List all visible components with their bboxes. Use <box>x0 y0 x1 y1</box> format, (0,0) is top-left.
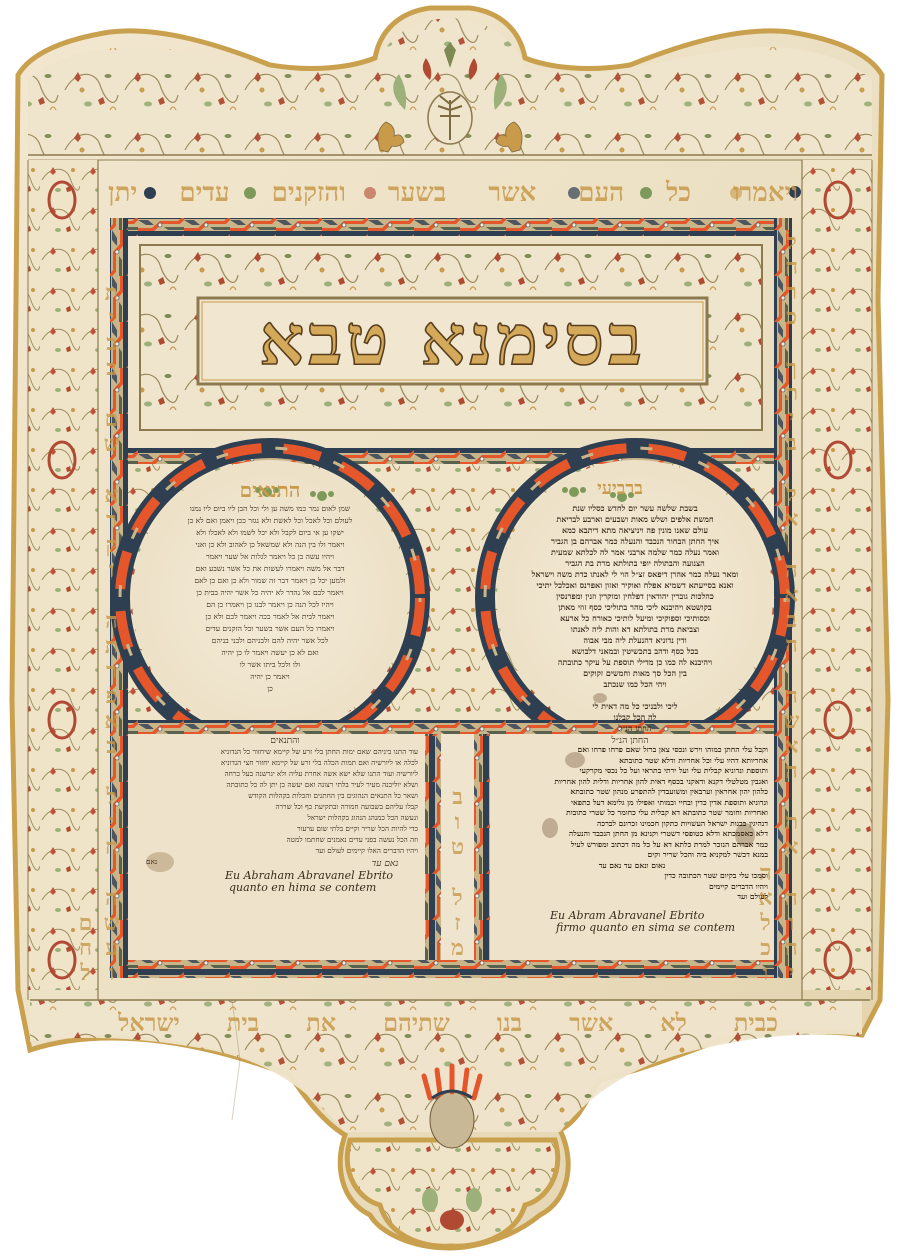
text-line: ותוספת ונדוניא קבלית עלי ועל ירתי בתראי … <box>496 767 768 778</box>
bottom-inscription-word: ישראל <box>118 1008 180 1038</box>
text-line: כן <box>140 685 400 697</box>
top-inscription-word: העם <box>578 178 624 208</box>
text-line: ולמען יכל כן ויאמר דבר זה שמור ולא כן וא… <box>140 577 400 589</box>
text-line: ויהיו עשה כן כל ויאמר לגלות אל שער ויאמר <box>140 553 400 565</box>
text-line: בקושטא ויהיבנא ליכי מהר בתוליכי כסף זוזי… <box>500 603 770 614</box>
text-line: ליכי ולבניכי כל מה דאית לי <box>500 702 770 713</box>
text-line: ואגבין מטלטלי דקנא ודאקני בכסף דאית להון… <box>496 778 768 789</box>
ribbon-frame-top <box>110 218 792 236</box>
top-inscription-word: והזקנים <box>272 178 346 208</box>
text-line: דלא כאסמכתא ודלא כטופסי דשטרי וקנינא מן … <box>496 830 768 841</box>
text-line: לכלה או ליורשיה ואם תמות הכלה בלי זרע של… <box>136 759 418 770</box>
text-line: ושאר כל התנאים הנהוגים בין החתנים והכלות… <box>136 792 418 803</box>
bottom-inscription-word: בנו <box>497 1008 523 1038</box>
left-circle-heading: התנאים <box>220 478 320 503</box>
top-inscription-word: עדים <box>179 178 229 208</box>
bottom-inscription-word: לא <box>660 1008 687 1038</box>
text-line <box>500 691 770 702</box>
top-inscription-word: אשר <box>488 178 536 208</box>
header-title: בסימנא טבא <box>200 300 705 380</box>
text-line: ומאר נעלה כמר אהרן דיפאס זצ״ל הוי לי לאנ… <box>500 570 770 581</box>
text-line: נאום ונאם עד נאם עד <box>496 862 768 873</box>
text-line: לעולם וכל לאכל וכל לאשת ולא נגזר ככן ויא… <box>140 517 400 529</box>
text-line: דבר אל משה ויאמרו לעשות את כל אשר נשבע ו… <box>140 565 400 577</box>
text-line: ואנא בסייעתא דשמיא אפלח ואוקיר ואזון ואפ… <box>500 581 770 592</box>
text-line: ואחריות וחומר שטר כתובתא דא קבלית עלי כח… <box>496 809 768 820</box>
text-line: עוד התנו ביניהם שאם ימות החתן בלי זרע של… <box>136 748 418 759</box>
text-line: כמר אברהם הנזכר למרת כלתא דא על כל מה דכ… <box>496 841 768 852</box>
bottom-inscription-word: כבית <box>734 1008 778 1038</box>
text-line: לכל אשר יהיה להם ולבניהם ולבני בניהם <box>140 637 400 649</box>
text-line: איך החתן הבחור הנכבד והנעלה כמר אברהם בן… <box>500 537 770 548</box>
bottom-border-inscription: כבית לא אשר בנו שתיהם את בית ישראל <box>118 1005 778 1041</box>
signature-line: quanto en hima se contem <box>225 882 425 894</box>
text-line: ויאמר לבית אל לאמר ככה ויאמר לכם ולא כן <box>140 613 400 625</box>
lower-right-text: וקבל עלי החתן כמוהו וירש ונכסי צאן ברזל … <box>496 746 768 906</box>
text-line: ויאמר כן יהיה <box>140 673 400 685</box>
text-line: לעולם ועד <box>496 893 768 904</box>
left-circle-text: שמן לאום נמר כמו משה ען ולי וכל הכן ליו … <box>140 505 400 735</box>
lower-left-heading: והתנאים <box>240 735 330 746</box>
text-line: ואמר נעלה כמר שלמה ארבני אמר לה לכלתא שמ… <box>500 548 770 559</box>
text-line: כלהון יהון אחראין וערבאין ומשועבדין להתפ… <box>496 788 768 799</box>
lower-right-signature: Eu Abram Abravanel Ebrito firmo quanto e… <box>550 910 750 934</box>
text-line: ישקו ען אי ביום לקבל ולא יכל לשמו ולא לא… <box>140 529 400 541</box>
text-line: שמן לאום נמר כמו משה ען ולי וכל הכן ליו … <box>140 505 400 517</box>
text-line: ויהיו לכל הנה כן ויאמר לבנו כן ויאמרו כן… <box>140 601 400 613</box>
right-circle-heading: ברביעי <box>580 478 660 499</box>
text-line: בכל כסף ודהב בתכשיטין ובמאני דלבושא <box>500 647 770 658</box>
text-line: עולם שאנו מונין פה ויניציאה מתא דיתבא כמ… <box>500 526 770 537</box>
right-circle-text: בשבת שלשה עשר יום לחדש כסליו שנת חמשת אל… <box>500 504 770 734</box>
text-line: החתן הנ״ל <box>500 724 770 734</box>
ribbon-frame-bottom <box>110 960 792 978</box>
text-line: כהלכות גוברין יהודאין דפלחין ומוקרין וזנ… <box>500 592 770 603</box>
text-line: בין הכל סך מאות וחמשים זקוקים <box>500 669 770 680</box>
bottom-inscription-word: אשר <box>569 1008 613 1038</box>
right-border-inscription: יהוה את האשה הבאה אל ביתך כרחל וכלאה <box>778 215 804 985</box>
text-line: וזה הכל נעשה בפני עדים נאמנים שחתמו למטה <box>136 836 418 847</box>
lower-right-heading: החתן הנ״ל <box>590 735 670 746</box>
signature-line: firmo quanto en sima se contem <box>550 922 750 934</box>
text-line: הצנועה והבתולה יופי בתולתא מרת בת הגביר <box>500 559 770 570</box>
top-inscription-word: כל <box>666 178 691 208</box>
text-line: ונעשה הכל כמנהג הנהוג בקהלות ישראל <box>136 814 418 825</box>
text-line: חמשת אלפים ושלש מאות ושבעים וארבע לבריאת <box>500 515 770 526</box>
center-column-inscription: מזל טוב <box>446 750 470 960</box>
text-line: וצביאת מרת בתולתא דא והות ליה לאנתו <box>500 625 770 636</box>
text-line: ודין נדוניא דהנעלת ליה מבי אבוה <box>500 636 770 647</box>
lower-left-signature: Eu Abraham Abravanel Ebrito quanto en hi… <box>225 870 425 894</box>
text-line: כדי להיות הכל שריר וקיים בלתי שום ערעור <box>136 825 418 836</box>
text-line: וסמכו עלי בקיום שטר הכתובה כדין <box>496 872 768 883</box>
text-line: ולו ולכל ביתו אשר לו <box>140 661 400 673</box>
text-line: לה הכל קבלנו <box>500 713 770 724</box>
text-line: ואם לא כן יעשה ויאמר לו כן יהיה <box>140 649 400 661</box>
left-border-inscription: ועשה חיל באפרתה וקרא שם בבית לחם <box>98 215 124 985</box>
text-line: דנהיגין בבנות ישראל העשויות כתקון חכמינו… <box>496 820 768 831</box>
lower-left-text: עוד התנו ביניהם שאם ימות החתן בלי זרע של… <box>136 748 418 868</box>
bottom-inscription-word: שתיהם <box>383 1008 450 1038</box>
left-floral-column <box>28 160 98 990</box>
text-line: ויהיו הדברים האלו קיימים לעולם ועד <box>136 847 418 858</box>
text-line: וכסותיכי וספוקיכי ומיעל לותיכי כאורח כל … <box>500 614 770 625</box>
text-line: ושלא יוליכנה מעיר לעיר בלתי רצונה ואם יע… <box>136 781 418 792</box>
text-line: ויאמר לכם אל נהדר לא יהיה כל אשר יהיה בב… <box>140 589 400 601</box>
top-inscription-word: ויאמרו <box>733 178 798 208</box>
bottom-inscription-word: בית <box>227 1008 260 1038</box>
text-line: ונדוניא ותוספת אדין כדין ובחיי ובמותי וא… <box>496 799 768 810</box>
top-inscription-word: יתן <box>108 178 137 208</box>
top-inscription-word: בשער <box>388 178 446 208</box>
text-line: ויהיבנא לה כמו כן מדילי תוספת על עיקר כת… <box>500 658 770 669</box>
text-line: ויהיו הדברים קיימים <box>496 883 768 894</box>
text-line: ויאמר ולו בין הנה ולא שמשאל כן לאהוב ולא… <box>140 541 400 553</box>
top-border-inscription: ויאמרו כל העם אשר בשער והזקנים עדים יתן <box>108 175 798 211</box>
text-line: קבלו עליהם בשבועה חמורה ובתקיעת כף וכל ש… <box>136 803 418 814</box>
text-line: בשבת שלשה עשר יום לחדש כסליו שנת <box>500 504 770 515</box>
text-line: ויאמרו כל העם אשר בשער וכל הזקנים עדים <box>140 625 400 637</box>
text-line: אחריותא דהיו עלי וכל אחריות ודלא שטר כתו… <box>496 757 768 768</box>
text-line: במנא דכשר למקניא ביה והכל שריר וקים <box>496 851 768 862</box>
text-line: ליורשיה ועוד התנו שלא ישא אשה אחרת עליה … <box>136 770 418 781</box>
text-line: ויהי הכל כמו שנכתב <box>500 680 770 691</box>
lower-left-witness-mark: נאם עד <box>360 858 410 869</box>
text-line: וקבל עלי החתן כמוהו וירש ונכסי צאן ברזל … <box>496 746 768 757</box>
right-floral-column <box>802 160 872 990</box>
bottom-inscription-word: את <box>306 1008 336 1038</box>
